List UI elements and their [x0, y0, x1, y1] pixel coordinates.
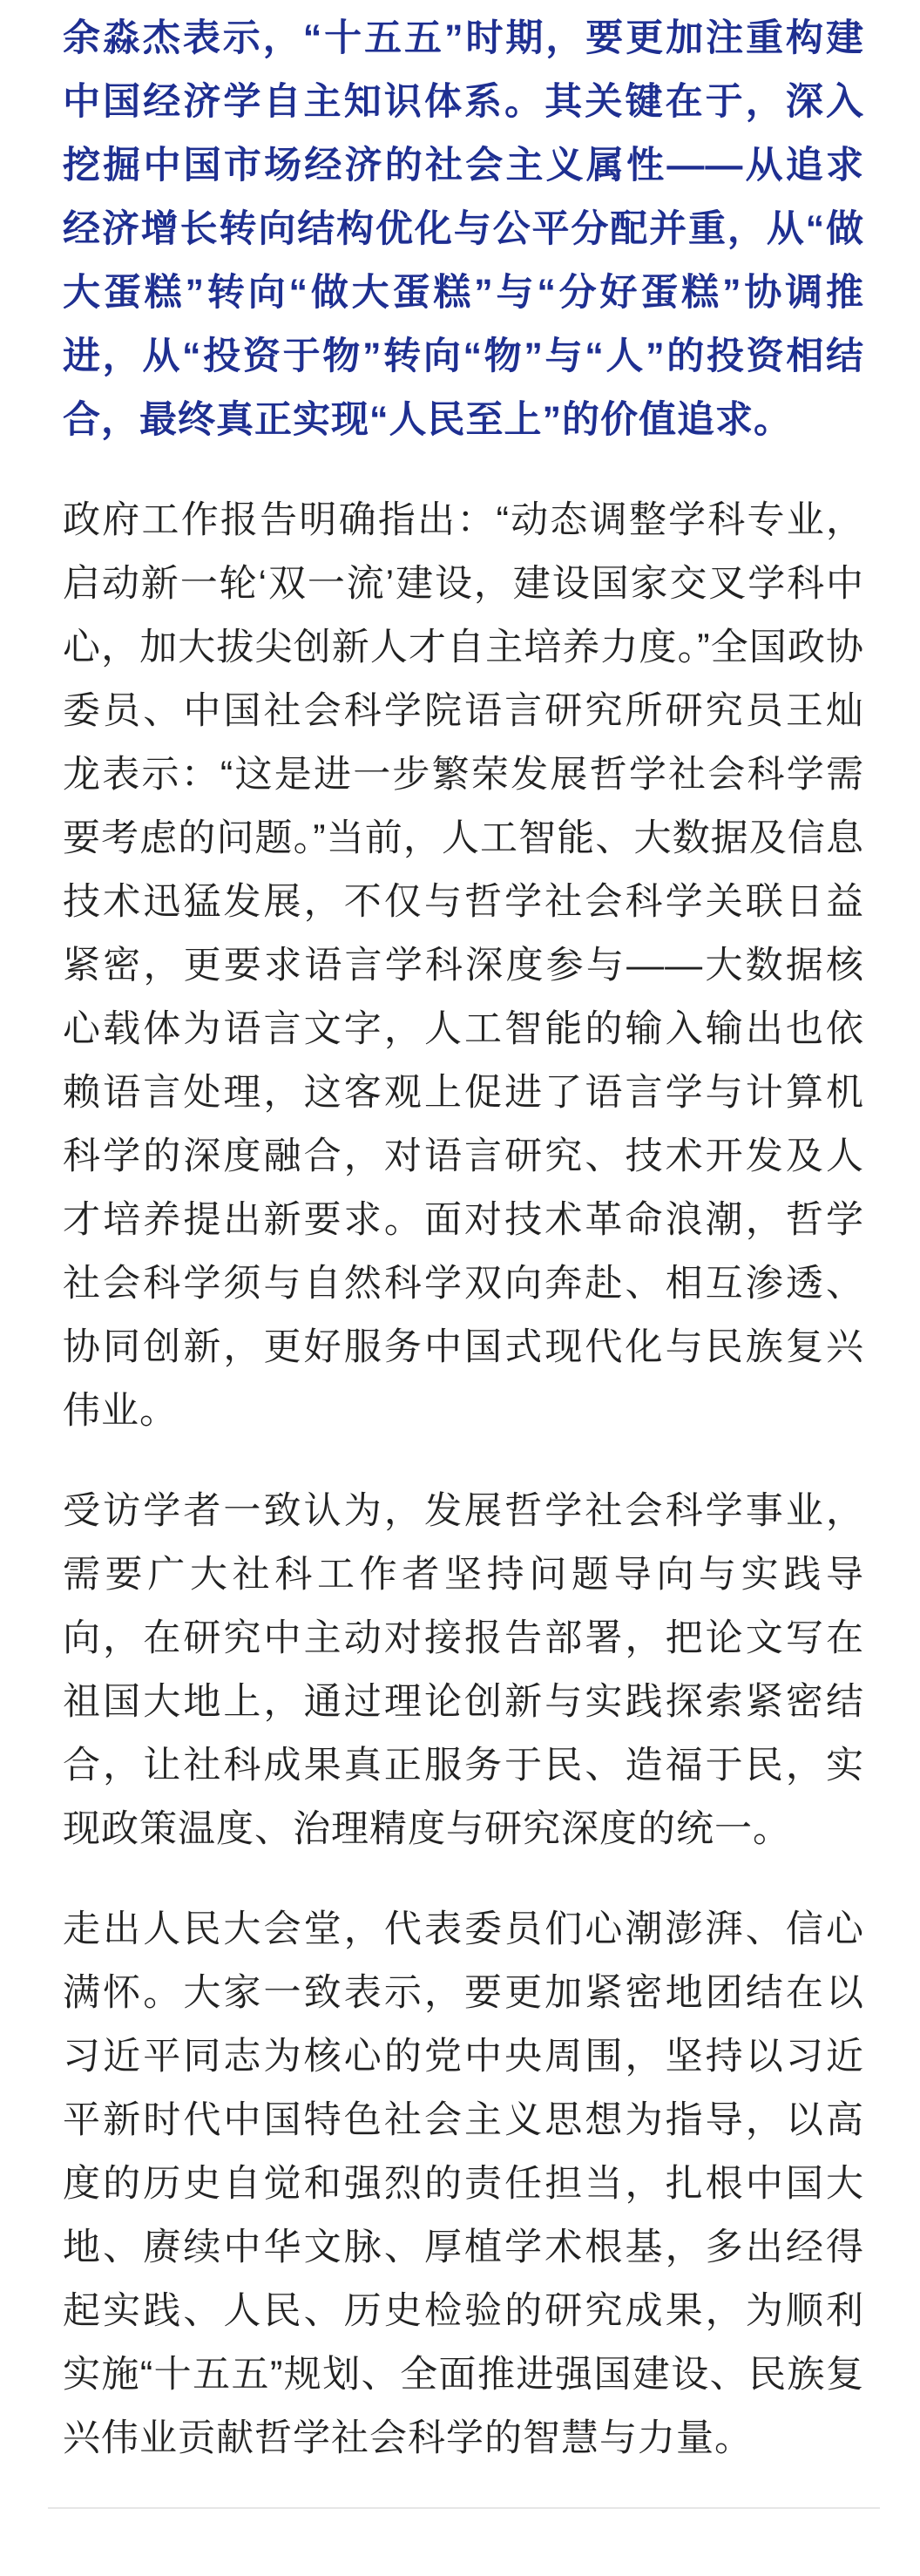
article-body: 余淼杰表示，“十五五”时期，要更加注重构建中国经济学自主知识体系。其关键在于，深…	[0, 0, 920, 2471]
paragraph-scholars-consensus: 受访学者一致认为，发展哲学社会科学事业，需要广大社科工作者坚持问题导向与实践导向…	[63, 1480, 864, 1861]
paragraph-government-report: 政府工作报告明确指出：“动态调整学科专业，启动新一轮‘双一流’建设，建设国家交叉…	[63, 489, 864, 1443]
lead-paragraph: 余淼杰表示，“十五五”时期，要更加注重构建中国经济学自主知识体系。其关键在于，深…	[63, 7, 864, 452]
section-divider	[48, 2507, 880, 2509]
paragraph-closing: 走出人民大会堂，代表委员们心潮澎湃、信心满怀。大家一致表示，要更加紧密地团结在以…	[63, 1898, 864, 2471]
